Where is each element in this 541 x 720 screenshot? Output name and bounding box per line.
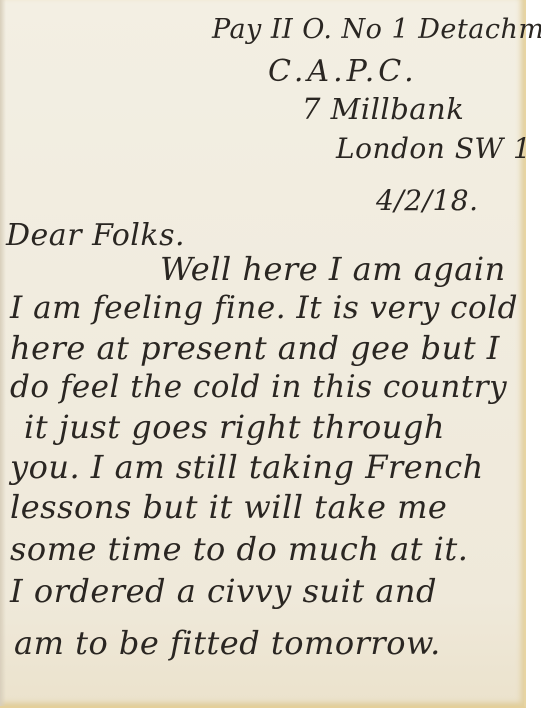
body-line: some time to do much at it. (10, 530, 468, 568)
header-street: 7 Millbank (302, 92, 464, 126)
body-line: I am feeling fine. It is very cold (10, 290, 518, 326)
letter-page: Pay II O. No 1 Detachment C.A.P.C. 7 Mil… (0, 0, 526, 708)
body-line: Well here I am again (160, 250, 506, 288)
body-line: here at present and gee but I (10, 329, 500, 367)
body-line: am to be fitted tomorrow. (14, 624, 441, 662)
letter-date: 4/2/18. (376, 184, 479, 217)
header-corps: C.A.P.C. (268, 54, 418, 89)
body-line: do feel the cold in this country (10, 369, 507, 405)
body-line: you. I am still taking French (10, 448, 484, 486)
body-line: it just goes right through (24, 408, 445, 446)
header-unit-line: Pay II O. No 1 Detachment (212, 14, 541, 45)
header-city: London SW 1 (336, 132, 531, 165)
salutation: Dear Folks. (6, 218, 185, 253)
body-line: lessons but it will take me (10, 488, 447, 526)
body-line: I ordered a civvy suit and (10, 572, 437, 610)
